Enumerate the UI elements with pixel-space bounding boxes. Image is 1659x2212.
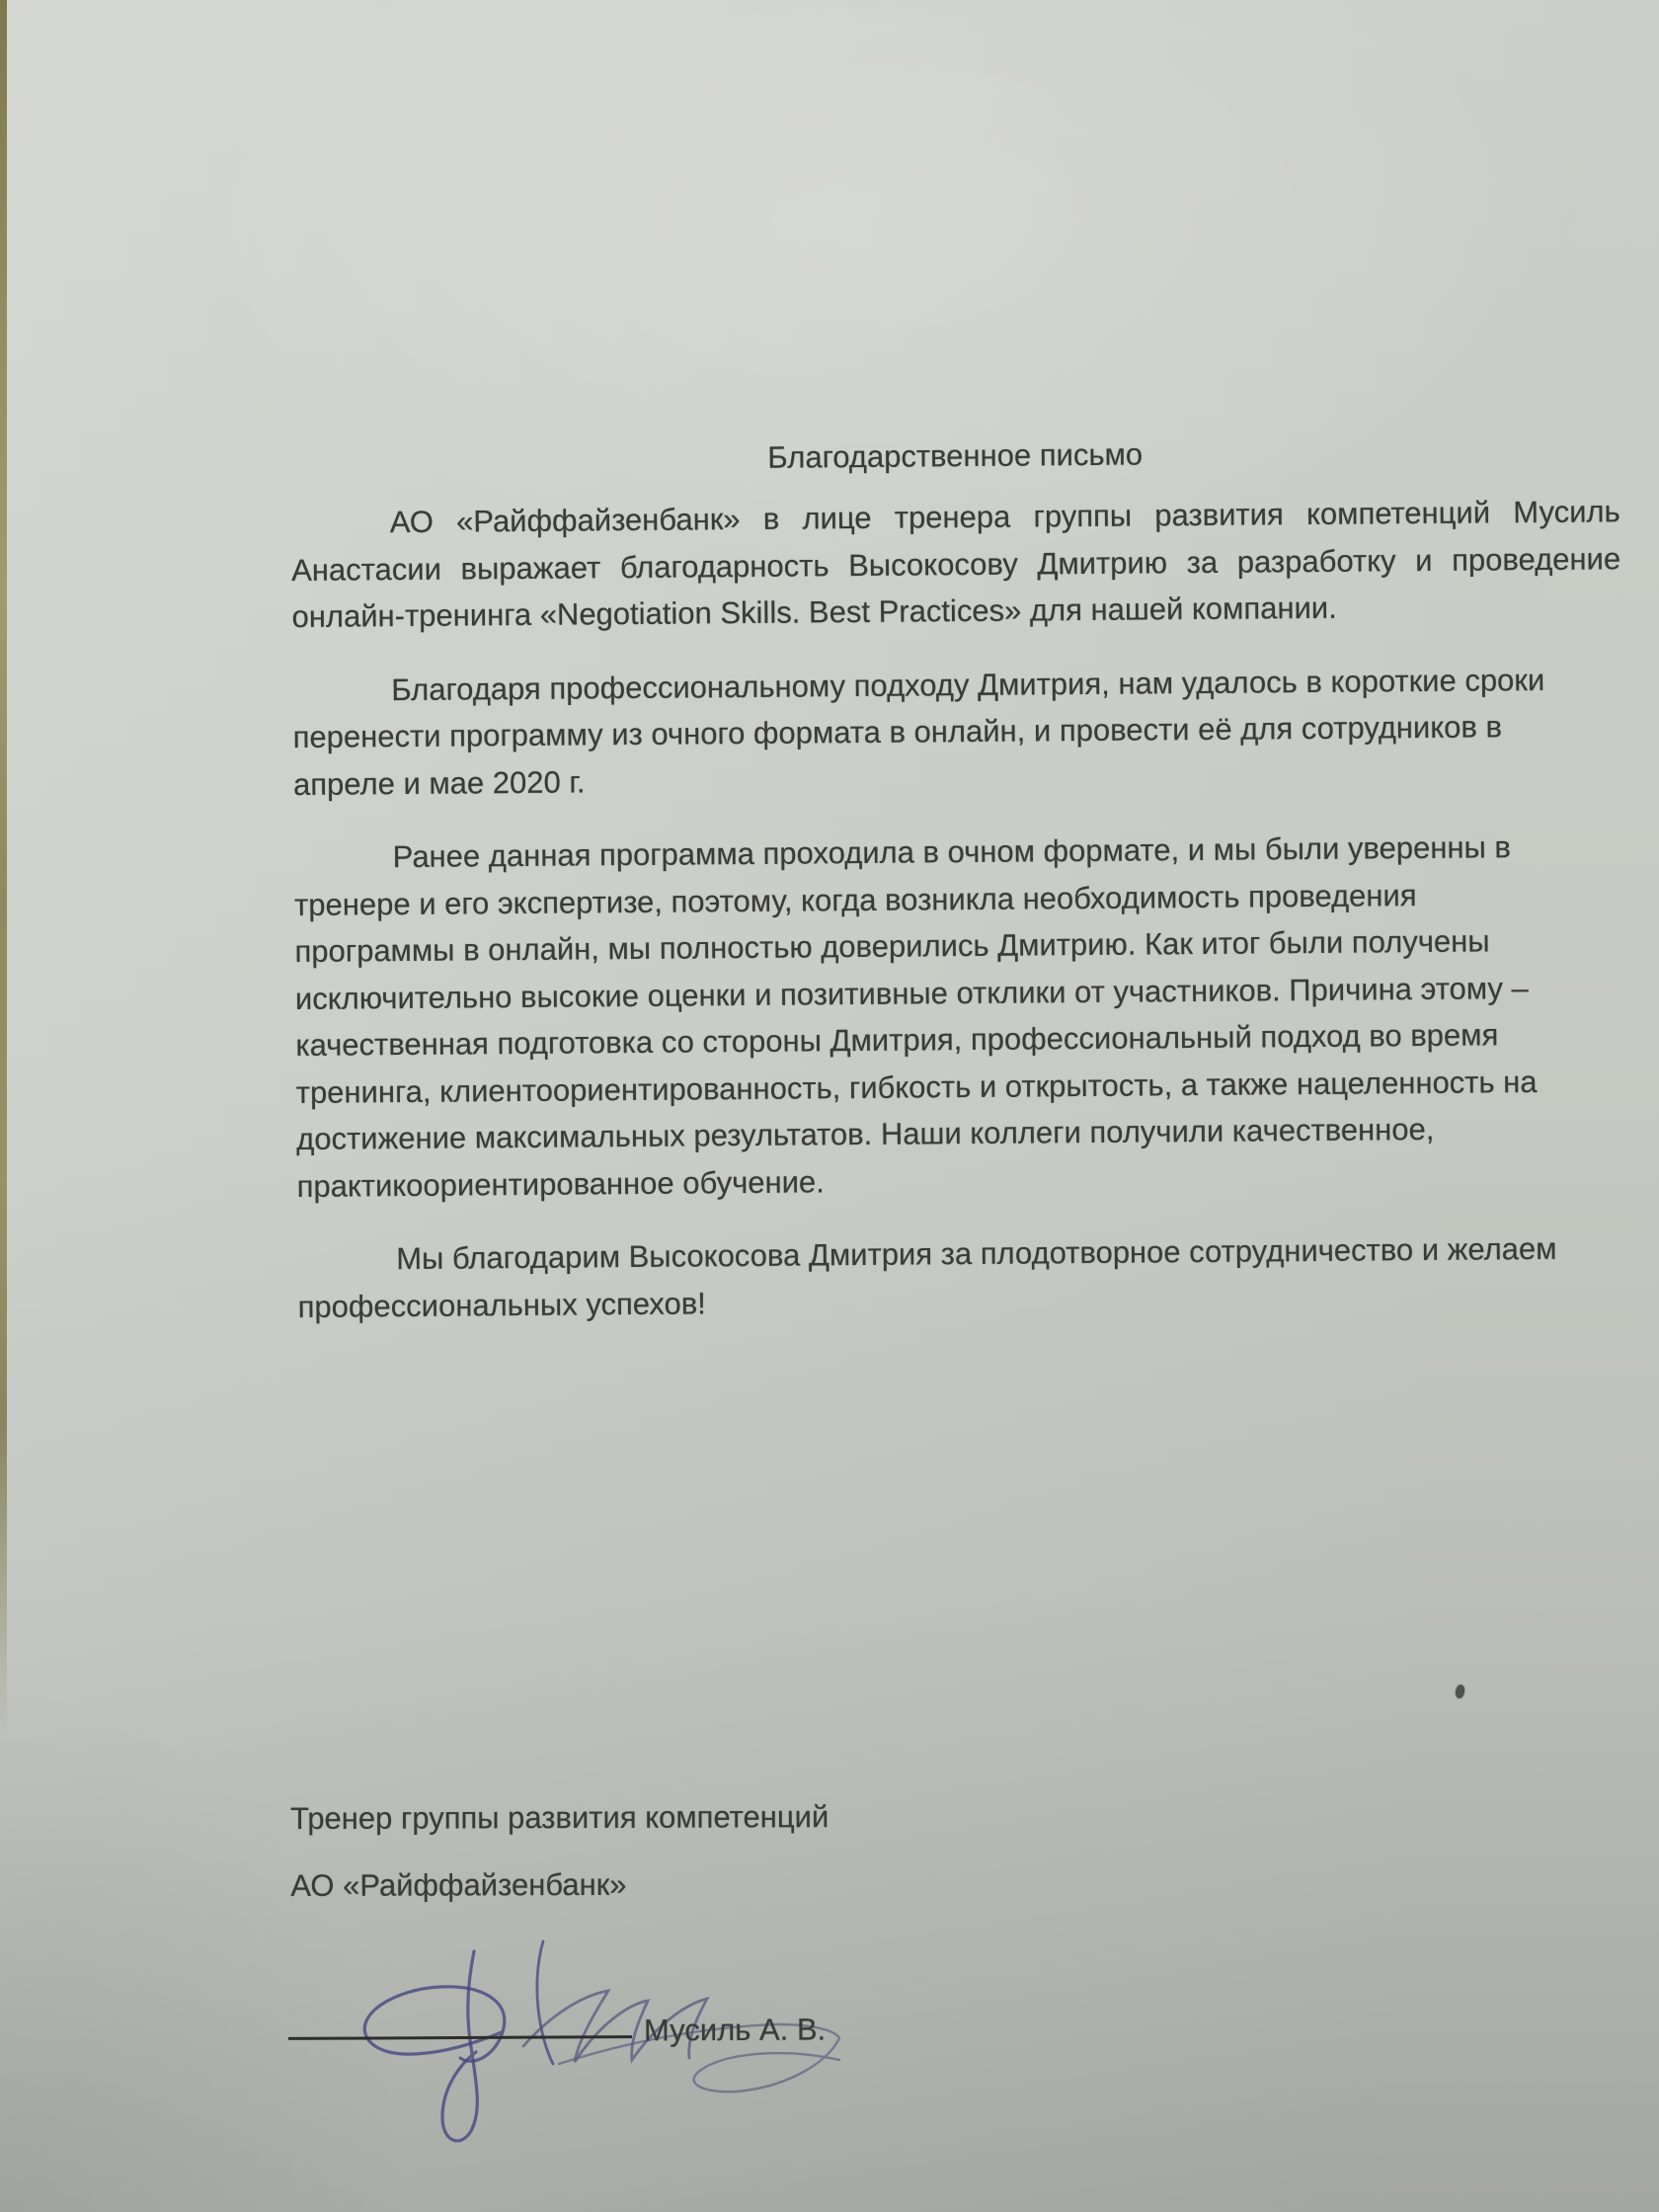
signoff-block: Тренер группы развития компетенций АО «Р…: [290, 1792, 1278, 1909]
paragraph: Ранее данная программа проходила в очном…: [293, 823, 1625, 1210]
paragraph: АО «Райффайзенбанк» в лице тренера групп…: [291, 488, 1621, 640]
signer-company: АО «Райффайзенбанк»: [290, 1858, 1278, 1909]
signer-role: Тренер группы развития компетенций: [290, 1792, 1278, 1843]
signer-name: Мусиль А. В.: [644, 2007, 826, 2054]
letter-content: Благодарственное письмо АО «Райффайзенба…: [290, 427, 1627, 1357]
document-photo: Благодарственное письмо АО «Райффайзенба…: [0, 0, 1659, 2212]
paragraph: Мы благодарим Высокосова Дмитрия за плод…: [297, 1224, 1627, 1330]
table-edge: [0, 0, 7, 1738]
letter-body: АО «Райффайзенбанк» в лице тренера групп…: [291, 488, 1627, 1330]
paragraph: Благодаря профессиональному подходу Дмит…: [292, 656, 1622, 808]
